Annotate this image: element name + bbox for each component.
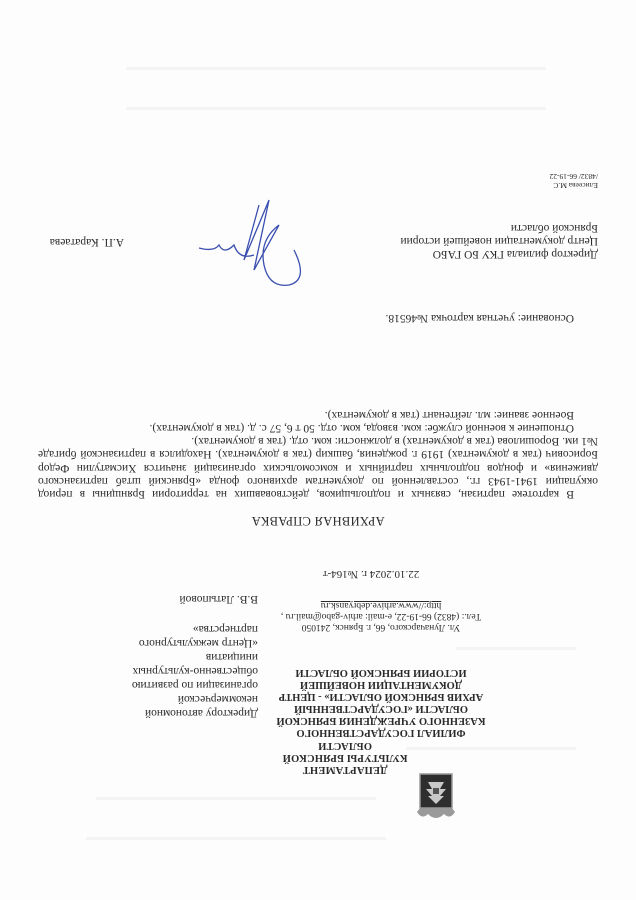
organization-name: ФИЛИАЛ ГОСУДАРСТВЕННОГО КАЗЕННОГО УЧРЕЖД… bbox=[276, 666, 486, 738]
recipient-block: Директору автономной некоммерческой орга… bbox=[68, 592, 258, 720]
executor-phone: /4832/ 66-19-22 bbox=[549, 172, 598, 181]
recipient-line: партнерства» bbox=[68, 622, 258, 636]
document-title: АРХИВНАЯ СПРАВКА bbox=[0, 513, 636, 528]
department-name: ДЕПАРТАМЕНТ КУЛЬТУРЫ БРЯНСКОЙ ОБЛАСТИ bbox=[280, 739, 410, 775]
body-paragraph: Военное звание: мл. лейтенант (так в док… bbox=[38, 408, 598, 421]
executor-name: Елисеева М.С bbox=[549, 181, 598, 190]
bleed-through bbox=[96, 797, 376, 800]
executor-info: Елисеева М.С /4832/ 66-19-22 bbox=[549, 172, 598, 190]
recipient-line: Директору автономной bbox=[68, 706, 258, 720]
recipient-line: «Центр межкультурного bbox=[68, 636, 258, 650]
recipient-name: В.В. Латыповой bbox=[68, 592, 258, 606]
position-line: Брянской области bbox=[318, 221, 598, 234]
archival-certificate-page: ДЕПАРТАМЕНТ КУЛЬТУРЫ БРЯНСКОЙ ОБЛАСТИ ФИ… bbox=[0, 0, 636, 900]
contact-block: Ул. Луначарского, 66, г. Брянск, 241050 … bbox=[276, 599, 486, 632]
recipient-line: некоммерческой bbox=[68, 692, 258, 706]
contacts: Тел.: (4832) 66-19-22, e-mail: arhiv-gab… bbox=[276, 610, 486, 621]
position-line: Директор филиала ГКУ БО ГАБО bbox=[318, 247, 598, 260]
website-link[interactable]: http://www.arhive.debryansk.ru bbox=[276, 599, 486, 610]
body-paragraph: Отношение к военной службе: ком. взвода,… bbox=[38, 421, 598, 434]
bleed-through bbox=[86, 837, 386, 840]
document-number: 22.10.2024 г. №164-т bbox=[291, 568, 451, 580]
bleed-through bbox=[126, 67, 546, 70]
recipient-line: общественно-культурных bbox=[68, 664, 258, 678]
address: Ул. Луначарского, 66, г. Брянск, 241050 bbox=[276, 621, 486, 632]
bleed-through bbox=[406, 747, 576, 750]
bleed-through bbox=[456, 647, 576, 650]
basis-line: Основание: учетная карточка №46518. bbox=[38, 312, 598, 324]
body-paragraph: В картотеке партизан, связных и подпольщ… bbox=[38, 434, 598, 500]
certificate-body: В картотеке партизан, связных и подпольщ… bbox=[38, 408, 598, 500]
coat-of-arms-icon bbox=[414, 770, 458, 820]
recipient-line: организации по развитию bbox=[68, 678, 258, 692]
signatory-position: Директор филиала ГКУ БО ГАБО Центр докум… bbox=[318, 221, 598, 260]
handwritten-signature bbox=[194, 190, 314, 300]
bleed-through bbox=[126, 107, 546, 110]
position-line: Центр документации новейшей истории bbox=[318, 234, 598, 247]
recipient-line: инициатив bbox=[68, 650, 258, 664]
signatory-name: А.П. Каратаева bbox=[50, 236, 124, 248]
